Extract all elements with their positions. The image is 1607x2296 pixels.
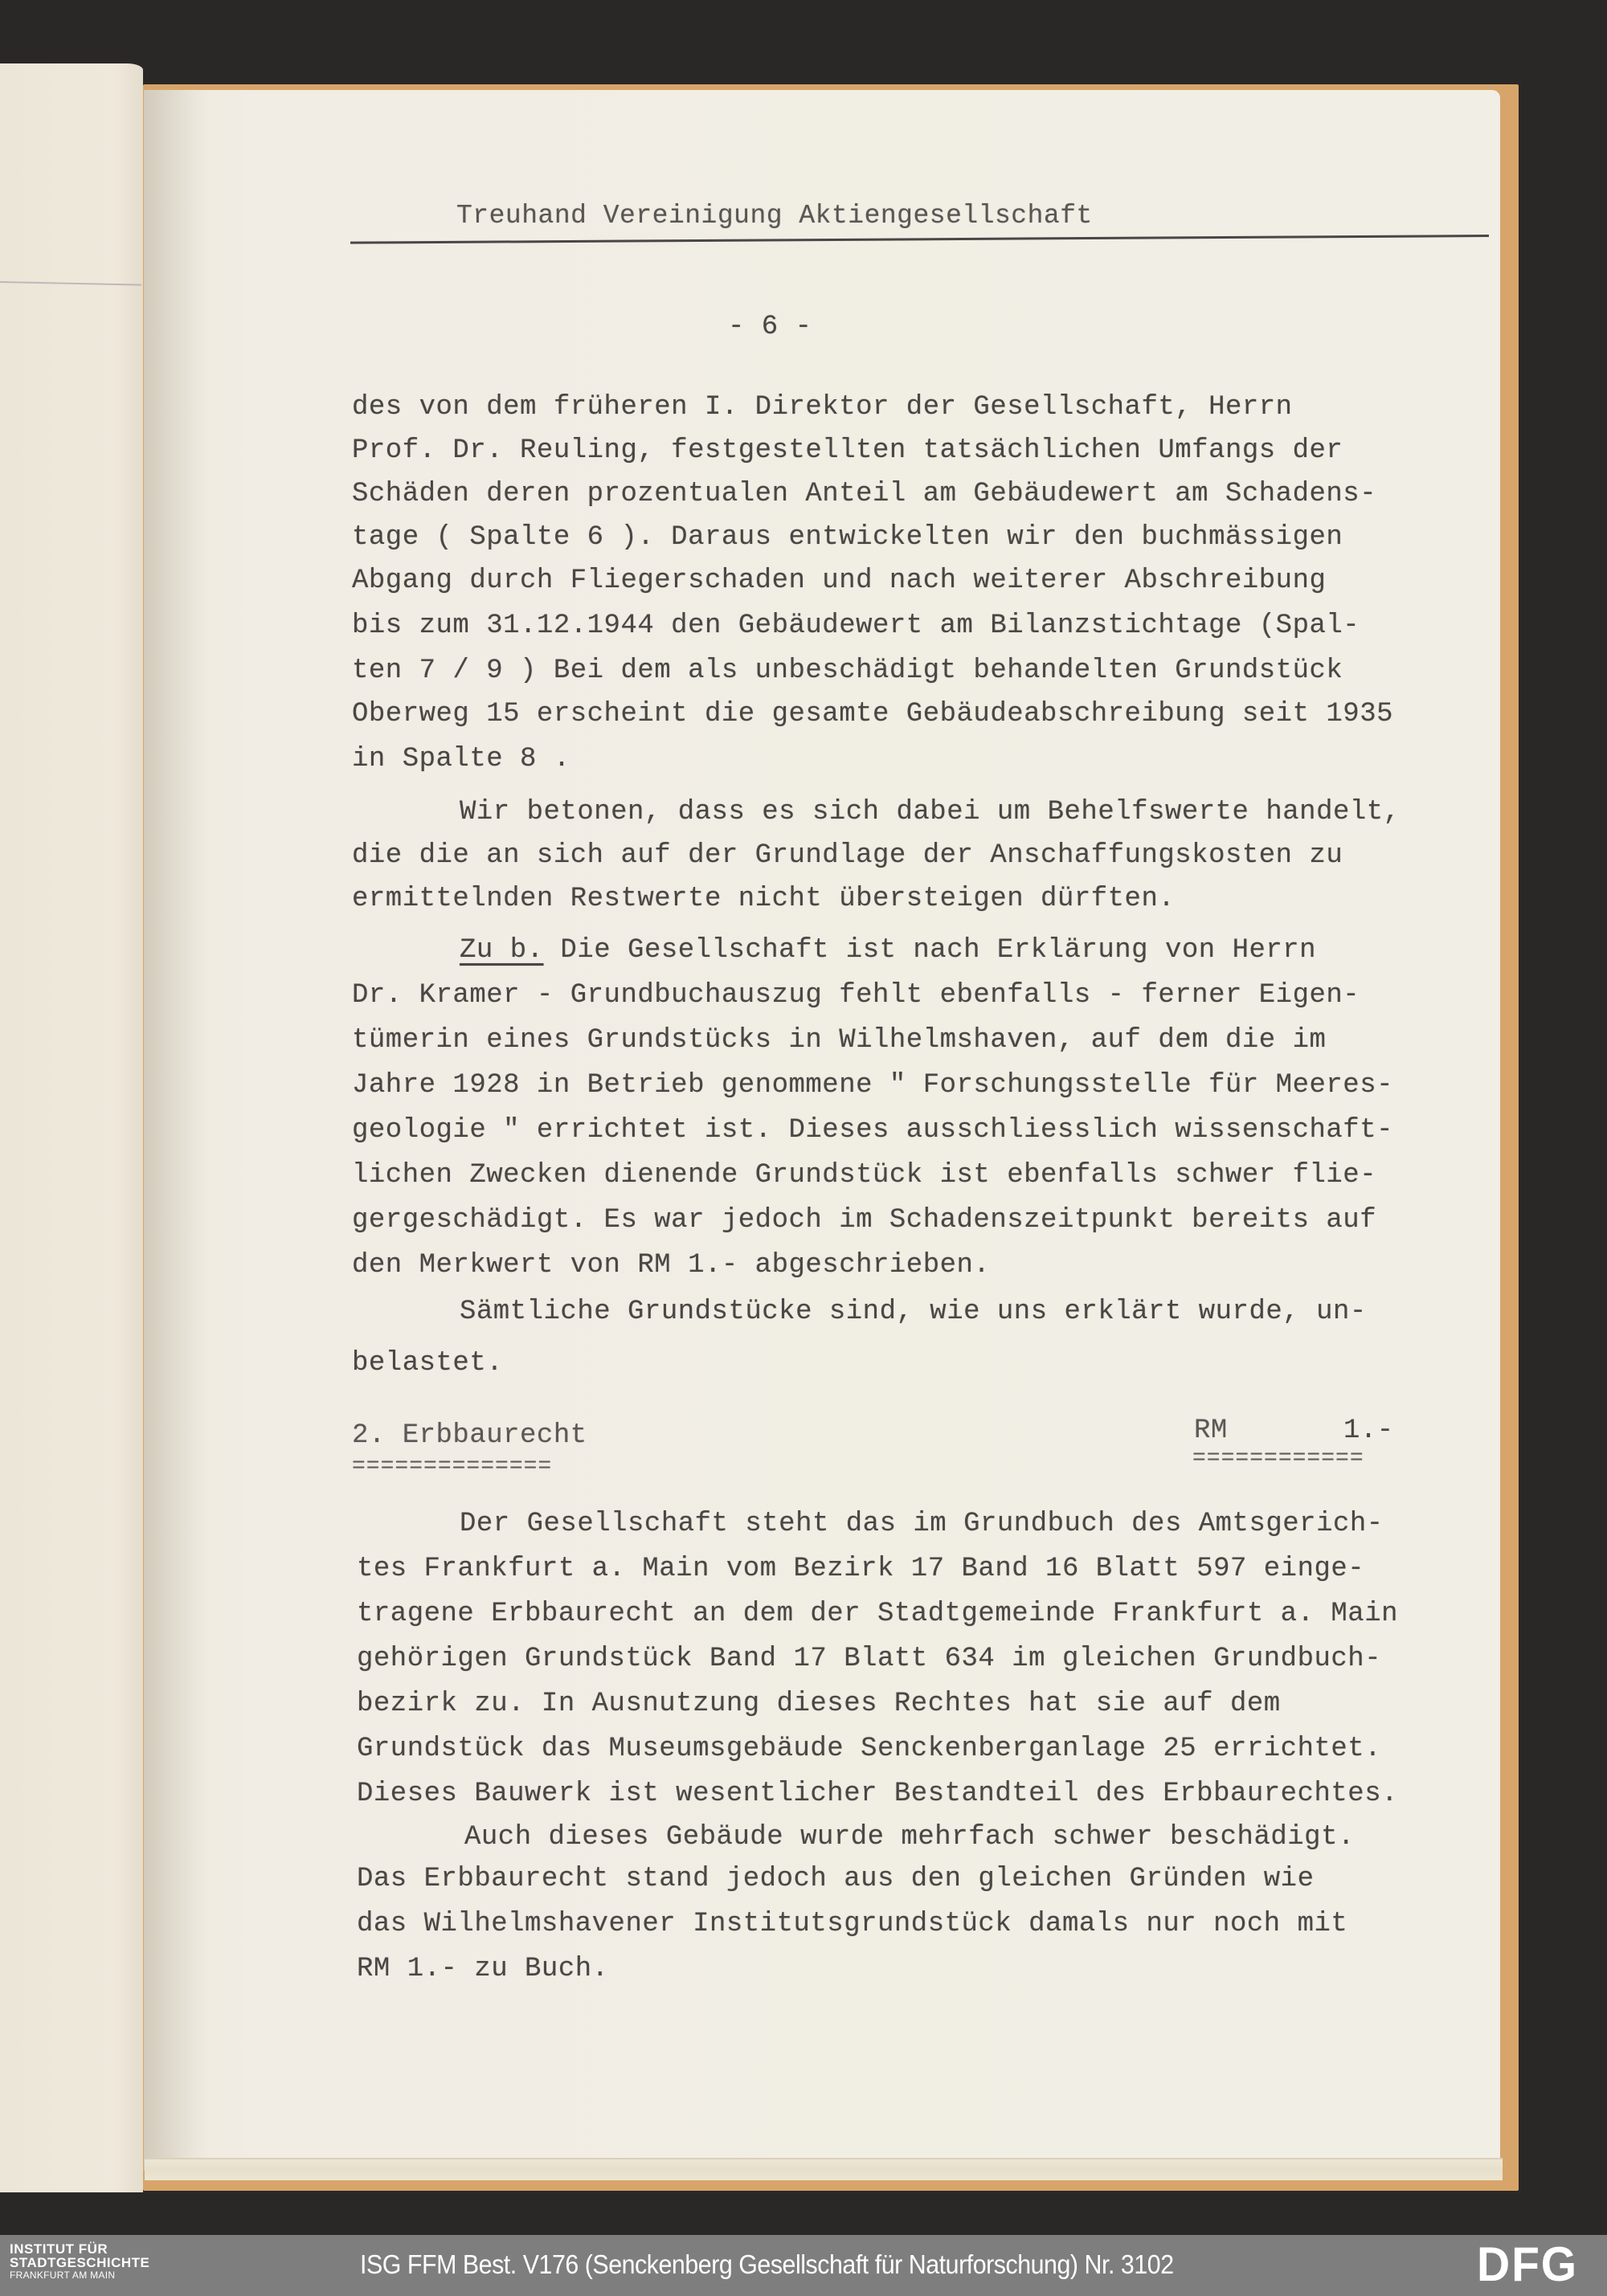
amount-value: 1.- <box>1343 1417 1394 1444</box>
amount-currency: RM <box>1194 1417 1228 1444</box>
institut-logo-line2: STADTGESCHICHTE <box>10 2256 149 2269</box>
text-line: Auch dieses Gebäude wurde mehrfach schwe… <box>464 1824 1355 1851</box>
institut-logo-line3: FRANKFURT AM MAIN <box>10 2269 149 2282</box>
text-line: Oberweg 15 erscheint die gesamte Gebäude… <box>352 701 1393 728</box>
letterhead-title: Treuhand Vereinigung Aktiengesellschaft <box>456 202 1093 229</box>
institut-logo: INSTITUT FÜR STADTGESCHICHTE FRANKFURT A… <box>10 2242 149 2282</box>
text-line: das Wilhelmshavener Institutsgrundstück … <box>357 1910 1347 1938</box>
text-line: den Merkwert von RM 1.- abgeschrieben. <box>352 1252 990 1279</box>
text-line: tragene Erbbaurecht an dem der Stadtgeme… <box>357 1600 1398 1628</box>
text-line: Schäden deren prozentualen Anteil am Geb… <box>352 480 1376 508</box>
text-line: Jahre 1928 in Betrieb genommene " Forsch… <box>352 1072 1393 1099</box>
text-line: des von dem früheren I. Direktor der Ges… <box>352 394 1293 421</box>
text-line: bezirk zu. In Ausnutzung dieses Rechtes … <box>357 1690 1281 1718</box>
text-line: in Spalte 8 . <box>352 746 570 773</box>
text-line: ten 7 / 9 ) Bei dem als unbeschädigt beh… <box>352 657 1343 684</box>
text-line: belastet. <box>352 1350 503 1377</box>
text-line: Das Erbbaurecht stand jedoch aus den gle… <box>357 1865 1315 1893</box>
text-line: Dr. Kramer - Grundbuchauszug fehlt ebenf… <box>352 982 1360 1009</box>
text-line: Wir betonen, dass es sich dabei um Behel… <box>460 799 1401 826</box>
text-line: lichen Zwecken dienende Grundstück ist e… <box>352 1162 1376 1189</box>
archive-caption: ISG FFM Best. V176 (Senckenberg Gesellsc… <box>360 2249 1174 2280</box>
text-line: tümerin eines Grundstücks in Wilhelmshav… <box>352 1027 1326 1054</box>
text-line: bis zum 31.12.1944 den Gebäudewert am Bi… <box>352 612 1360 639</box>
text-line: Grundstück das Museumsgebäude Senckenber… <box>357 1735 1381 1763</box>
text-line: Dieses Bauwerk ist wesentlicher Bestandt… <box>357 1780 1398 1808</box>
page-stack-edge <box>145 2158 1503 2180</box>
section-heading-underline: ============== <box>352 1456 552 1478</box>
text-line: gergeschädigt. Es war jedoch im Schadens… <box>352 1207 1376 1234</box>
text-fragment: Die Gesellschaft ist nach Erklärung von … <box>544 935 1317 966</box>
text-line: Der Gesellschaft steht das im Grundbuch … <box>460 1510 1384 1538</box>
text-line: geologie " errichtet ist. Dieses ausschl… <box>352 1117 1393 1144</box>
text-line: Sämtliche Grundstücke sind, wie uns erkl… <box>460 1298 1367 1326</box>
fold-shadow <box>144 90 208 2171</box>
section-label-zu-b: Zu b. <box>460 935 544 966</box>
dfg-logo: DFG <box>1477 2238 1578 2291</box>
text-line: Abgang durch Fliegerschaden und nach wei… <box>352 567 1326 594</box>
text-line: gehörigen Grundstück Band 17 Blatt 634 i… <box>357 1645 1381 1673</box>
text-line: ermittelnden Restwerte nicht übersteigen… <box>352 885 1175 913</box>
text-line: RM 1.- zu Buch. <box>357 1955 609 1983</box>
left-page <box>0 63 143 2192</box>
page-number: - 6 - <box>728 313 812 341</box>
left-page-rule <box>0 281 141 286</box>
section-heading: 2. Erbbaurecht <box>352 1422 587 1449</box>
text-line: tage ( Spalte 6 ). Daraus entwickelten w… <box>352 524 1343 551</box>
institut-logo-line1: INSTITUT FÜR <box>10 2242 149 2256</box>
text-line: tes Frankfurt a. Main vom Bezirk 17 Band… <box>357 1555 1364 1583</box>
text-line: Prof. Dr. Reuling, festgestellten tatsäc… <box>352 437 1343 464</box>
text-line-zu-b: Zu b. Die Gesellschaft ist nach Erklärun… <box>460 937 1316 964</box>
archive-footer-bar: INSTITUT FÜR STADTGESCHICHTE FRANKFURT A… <box>0 2235 1607 2296</box>
text-line: die die an sich auf der Grundlage der An… <box>352 842 1343 869</box>
amount-underline: ============ <box>1192 1448 1364 1470</box>
